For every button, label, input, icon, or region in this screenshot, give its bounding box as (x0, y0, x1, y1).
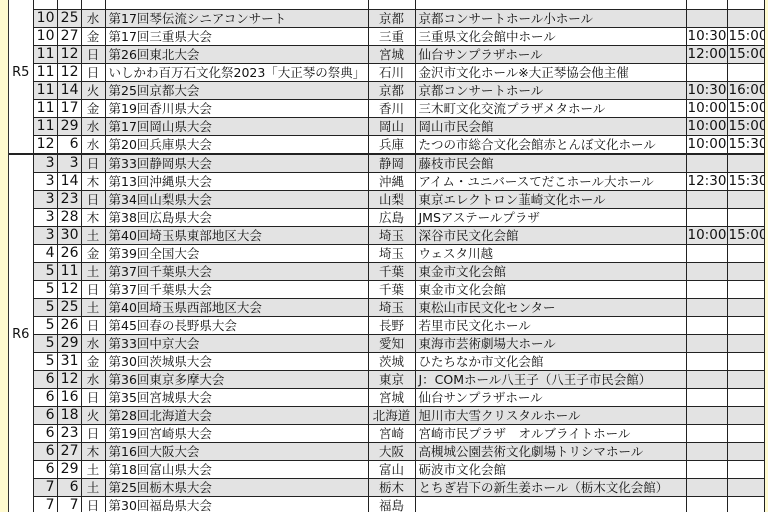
prefecture-cell: 宮城 (368, 389, 415, 407)
prefecture-cell: 石川 (368, 64, 415, 82)
weekday-cell: 日 (81, 497, 105, 512)
prefecture-cell: 北海道 (368, 407, 415, 425)
prefecture-cell: 千葉 (368, 281, 415, 299)
prefecture-cell: 香川 (368, 100, 415, 118)
venue-cell: 京都コンサートホール小ホール (415, 10, 686, 28)
day-cell: 23 (57, 425, 81, 443)
month-cell: 4 (33, 245, 57, 263)
month-cell: 3 (33, 173, 57, 191)
month-cell (33, 0, 57, 10)
weekday-cell: 日 (81, 46, 105, 64)
prefecture-cell: 埼玉 (368, 227, 415, 245)
event-name-cell: 第25回栃木県大会 (105, 479, 368, 497)
end-time-cell (727, 209, 764, 227)
event-name-cell: 第35回宮城県大会 (105, 389, 368, 407)
weekday-cell: 金 (81, 245, 105, 263)
prefecture-cell: 京都 (368, 10, 415, 28)
table-row: 1117金第19回香川県大会香川三木町文化交流プラザメタホール10:0015:0… (9, 100, 764, 118)
event-name-cell: 第17回三重県大会 (105, 28, 368, 46)
weekday-cell: 水 (81, 136, 105, 155)
table-row: 531金第30回茨城県大会茨城ひたちなか市文化会館 (9, 353, 764, 371)
venue-cell: 藤枝市民会館 (415, 154, 686, 173)
month-cell: 3 (33, 209, 57, 227)
day-cell (57, 0, 81, 10)
start-time-cell: 10:00 (686, 136, 727, 155)
day-cell: 28 (57, 209, 81, 227)
prefecture-cell: 広島 (368, 209, 415, 227)
event-name-cell: 第37回千葉県大会 (105, 263, 368, 281)
weekday-cell: 土 (81, 479, 105, 497)
day-cell: 11 (57, 263, 81, 281)
month-cell: 6 (33, 425, 57, 443)
day-cell: 7 (57, 497, 81, 512)
start-time-cell: 10:00 (686, 100, 727, 118)
end-time-cell: 15:30 (727, 136, 764, 155)
event-name-cell: 第40回埼玉県東部地区大会 (105, 227, 368, 245)
end-time-cell (727, 191, 764, 209)
prefecture-cell: 福島 (368, 497, 415, 512)
venue-cell: たつの市総合文化会館赤とんぼ文化ホール (415, 136, 686, 155)
month-cell: 3 (33, 227, 57, 245)
month-cell: 12 (33, 136, 57, 155)
end-time-cell (727, 353, 764, 371)
weekday-cell: 木 (81, 443, 105, 461)
table-row: 76土第25回栃木県大会栃木とちぎ岩下の新生姜ホール（栃木文化会館） (9, 479, 764, 497)
month-cell: 3 (33, 154, 57, 173)
prefecture-cell: 栃木 (368, 479, 415, 497)
month-cell: 6 (33, 389, 57, 407)
weekday-cell: 水 (81, 335, 105, 353)
event-name-cell: 第17回琴伝流シニアコンサート (105, 10, 368, 28)
month-cell: 11 (33, 46, 57, 64)
end-time-cell: 15:00 (727, 118, 764, 136)
prefecture-cell: 宮城 (368, 46, 415, 64)
prefecture-cell (368, 0, 415, 10)
weekday-cell: 火 (81, 82, 105, 100)
weekday-cell: 金 (81, 353, 105, 371)
venue-cell (415, 497, 686, 512)
table-row: 77日第30回福島県大会福島 (9, 497, 764, 512)
month-cell: 6 (33, 407, 57, 425)
weekday-cell: 木 (81, 173, 105, 191)
day-cell: 3 (57, 154, 81, 173)
day-cell: 12 (57, 46, 81, 64)
end-time-cell (727, 299, 764, 317)
start-time-cell (686, 317, 727, 335)
month-cell: 5 (33, 299, 57, 317)
day-cell: 26 (57, 317, 81, 335)
day-cell: 18 (57, 407, 81, 425)
start-time-cell (686, 479, 727, 497)
end-time-cell (727, 245, 764, 263)
start-time-cell: 12:00 (686, 46, 727, 64)
month-cell: 5 (33, 317, 57, 335)
event-name-cell (105, 0, 368, 10)
day-cell: 16 (57, 389, 81, 407)
event-name-cell: 第30回福島県大会 (105, 497, 368, 512)
end-time-cell (727, 10, 764, 28)
event-name-cell: 第16回大阪大会 (105, 443, 368, 461)
start-time-cell: 10:00 (686, 118, 727, 136)
end-time-cell (727, 154, 764, 173)
day-cell: 26 (57, 245, 81, 263)
weekday-cell: 日 (81, 317, 105, 335)
table-row: 1112日第26回東北大会宮城仙台サンプラザホール12:0015:00 (9, 46, 764, 64)
prefecture-cell: 茨城 (368, 353, 415, 371)
weekday-cell: 日 (81, 191, 105, 209)
day-cell: 25 (57, 299, 81, 317)
start-time-cell (686, 461, 727, 479)
weekday-cell: 日 (81, 64, 105, 82)
start-time-cell (686, 263, 727, 281)
day-cell: 12 (57, 64, 81, 82)
end-time-cell (727, 407, 764, 425)
event-name-cell: 第28回北海道大会 (105, 407, 368, 425)
table-row: 1129水第17回岡山県大会岡山岡山市民会館10:0015:00 (9, 118, 764, 136)
month-cell: 6 (33, 461, 57, 479)
start-time-cell: 12:30 (686, 173, 727, 191)
event-name-cell: 第33回静岡県大会 (105, 154, 368, 173)
start-time-cell (686, 281, 727, 299)
day-cell: 6 (57, 479, 81, 497)
end-time-cell: 15:00 (727, 227, 764, 245)
start-time-cell (686, 371, 727, 389)
month-cell: 5 (33, 353, 57, 371)
weekday-cell: 金 (81, 28, 105, 46)
era-label: R5 (9, 0, 33, 154)
start-time-cell (686, 154, 727, 173)
end-time-cell (727, 371, 764, 389)
start-time-cell (686, 443, 727, 461)
event-name-cell: 第33回中京大会 (105, 335, 368, 353)
day-cell: 17 (57, 100, 81, 118)
end-time-cell (727, 479, 764, 497)
start-time-cell (686, 407, 727, 425)
venue-cell: ひたちなか市文化会館 (415, 353, 686, 371)
start-time-cell (686, 64, 727, 82)
weekday-cell: 木 (81, 209, 105, 227)
table-row: R5 (9, 0, 764, 10)
event-name-cell: 第30回茨城県大会 (105, 353, 368, 371)
event-name-cell: 第36回東京多摩大会 (105, 371, 368, 389)
day-cell: 25 (57, 10, 81, 28)
start-time-cell (686, 497, 727, 512)
venue-cell: 三木町文化交流プラザメタホール (415, 100, 686, 118)
venue-cell: 高槻城公園芸術文化劇場トリシマホール (415, 443, 686, 461)
venue-cell: ウェスタ川越 (415, 245, 686, 263)
table-row: 512日第37回千葉県大会千葉東金市文化会館 (9, 281, 764, 299)
venue-cell: 金沢市文化ホール※大正琴協会他主催 (415, 64, 686, 82)
venue-cell: 若里市民文化ホール (415, 317, 686, 335)
table-row: 629土第18回富山県大会富山砺波市文化会館 (9, 461, 764, 479)
table-row: 1114火第25回京都大会京都京都コンサートホール10:3016:00 (9, 82, 764, 100)
end-time-cell (727, 497, 764, 512)
day-cell: 27 (57, 28, 81, 46)
venue-cell: 東金市文化会館 (415, 281, 686, 299)
end-time-cell (727, 263, 764, 281)
start-time-cell (686, 245, 727, 263)
month-cell: 6 (33, 371, 57, 389)
day-cell: 12 (57, 371, 81, 389)
start-time-cell (686, 191, 727, 209)
table-row: 314木第13回沖縄県大会沖縄アイム・ユニバースてだこホール大ホール12:301… (9, 173, 764, 191)
table-row: 426金第39回全国大会埼玉ウェスタ川越 (9, 245, 764, 263)
venue-cell: 深谷市民文化会館 (415, 227, 686, 245)
event-name-cell: 第17回岡山県大会 (105, 118, 368, 136)
end-time-cell (727, 461, 764, 479)
era-label: R6 (9, 154, 33, 512)
end-time-cell: 15:00 (727, 100, 764, 118)
start-time-cell: 10:00 (686, 227, 727, 245)
month-cell: 11 (33, 64, 57, 82)
weekday-cell: 土 (81, 461, 105, 479)
end-time-cell (727, 425, 764, 443)
prefecture-cell: 大阪 (368, 443, 415, 461)
event-name-cell: 第45回春の長野県大会 (105, 317, 368, 335)
prefecture-cell: 京都 (368, 82, 415, 100)
event-name-cell: 第34回山梨県大会 (105, 191, 368, 209)
month-cell: 11 (33, 82, 57, 100)
table-row: 126水第20回兵庫県大会兵庫たつの市総合文化会館赤とんぼ文化ホール10:001… (9, 136, 764, 155)
end-time-cell: 15:30 (727, 173, 764, 191)
venue-cell: 東海市芸術劇場大ホール (415, 335, 686, 353)
table-row: 627木第16回大阪大会大阪高槻城公園芸術文化劇場トリシマホール (9, 443, 764, 461)
day-cell: 14 (57, 173, 81, 191)
event-name-cell: 第40回埼玉県西部地区大会 (105, 299, 368, 317)
venue-cell: 三重県文化会館中ホール (415, 28, 686, 46)
weekday-cell: 水 (81, 371, 105, 389)
day-cell: 29 (57, 118, 81, 136)
month-cell: 11 (33, 118, 57, 136)
start-time-cell (686, 389, 727, 407)
day-cell: 14 (57, 82, 81, 100)
table-row: 323日第34回山梨県大会山梨東京エレクトロン韮崎文化ホール (9, 191, 764, 209)
event-name-cell: 第19回香川県大会 (105, 100, 368, 118)
weekday-cell: 金 (81, 100, 105, 118)
start-time-cell (686, 299, 727, 317)
month-cell: 7 (33, 497, 57, 512)
venue-cell: 東松山市民文化センター (415, 299, 686, 317)
end-time-cell (727, 443, 764, 461)
day-cell: 23 (57, 191, 81, 209)
weekday-cell (81, 0, 105, 10)
venue-cell: 東金市文化会館 (415, 263, 686, 281)
prefecture-cell: 愛知 (368, 335, 415, 353)
month-cell: 3 (33, 191, 57, 209)
day-cell: 30 (57, 227, 81, 245)
event-name-cell: 第13回沖縄県大会 (105, 173, 368, 191)
start-time-cell (686, 10, 727, 28)
table-row: R633日第33回静岡県大会静岡藤枝市民会館 (9, 154, 764, 173)
event-name-cell: 第39回全国大会 (105, 245, 368, 263)
start-time-cell (686, 425, 727, 443)
venue-cell: 仙台サンプラザホール (415, 46, 686, 64)
weekday-cell: 日 (81, 281, 105, 299)
start-time-cell: 10:30 (686, 28, 727, 46)
table-row: 526日第45回春の長野県大会長野若里市民文化ホール (9, 317, 764, 335)
table-row: 623日第19回宮崎県大会宮崎宮崎市民プラザ オルブライトホール (9, 425, 764, 443)
weekday-cell: 水 (81, 118, 105, 136)
event-name-cell: 第18回富山県大会 (105, 461, 368, 479)
venue-cell: 砺波市文化会館 (415, 461, 686, 479)
month-cell: 11 (33, 100, 57, 118)
month-cell: 10 (33, 28, 57, 46)
table-row: 612水第36回東京多摩大会東京J：COMホール八王子（八王子市民会館） (9, 371, 764, 389)
prefecture-cell: 富山 (368, 461, 415, 479)
weekday-cell: 土 (81, 263, 105, 281)
weekday-cell: 土 (81, 227, 105, 245)
weekday-cell: 日 (81, 154, 105, 173)
prefecture-cell: 三重 (368, 28, 415, 46)
event-name-cell: いしかわ百万石文化祭2023「大正琴の祭典」 (105, 64, 368, 82)
month-cell: 10 (33, 10, 57, 28)
event-name-cell: 第20回兵庫県大会 (105, 136, 368, 155)
table-row: 330土第40回埼玉県東部地区大会埼玉深谷市民文化会館10:0015:00 (9, 227, 764, 245)
prefecture-cell: 埼玉 (368, 299, 415, 317)
day-cell: 29 (57, 335, 81, 353)
end-time-cell (727, 335, 764, 353)
venue-cell: とちぎ岩下の新生姜ホール（栃木文化会館） (415, 479, 686, 497)
event-name-cell: 第25回京都大会 (105, 82, 368, 100)
day-cell: 12 (57, 281, 81, 299)
table-row: 1027金第17回三重県大会三重三重県文化会館中ホール10:3015:00 (9, 28, 764, 46)
end-time-cell: 15:00 (727, 46, 764, 64)
venue-cell: 旭川市大雪クリスタルホール (415, 407, 686, 425)
weekday-cell: 日 (81, 389, 105, 407)
day-cell: 29 (57, 461, 81, 479)
event-name-cell: 第38回広島県大会 (105, 209, 368, 227)
prefecture-cell: 宮崎 (368, 425, 415, 443)
prefecture-cell: 沖縄 (368, 173, 415, 191)
start-time-cell: 10:30 (686, 82, 727, 100)
month-cell: 6 (33, 443, 57, 461)
table-row: 328木第38回広島県大会広島JMSアステールプラザ (9, 209, 764, 227)
table-row: 616日第35回宮城県大会宮城仙台サンプラザホール (9, 389, 764, 407)
table-row: 529水第33回中京大会愛知東海市芸術劇場大ホール (9, 335, 764, 353)
month-cell: 7 (33, 479, 57, 497)
venue-cell: 仙台サンプラザホール (415, 389, 686, 407)
venue-cell: アイム・ユニバースてだこホール大ホール (415, 173, 686, 191)
prefecture-cell: 兵庫 (368, 136, 415, 155)
end-time-cell (727, 281, 764, 299)
venue-cell: 京都コンサートホール (415, 82, 686, 100)
event-name-cell: 第19回宮崎県大会 (105, 425, 368, 443)
prefecture-cell: 山梨 (368, 191, 415, 209)
day-cell: 6 (57, 136, 81, 155)
prefecture-cell: 長野 (368, 317, 415, 335)
prefecture-cell: 静岡 (368, 154, 415, 173)
weekday-cell: 水 (81, 10, 105, 28)
start-time-cell (686, 335, 727, 353)
end-time-cell (727, 64, 764, 82)
venue-cell (415, 0, 686, 10)
month-cell: 5 (33, 335, 57, 353)
month-cell: 5 (33, 281, 57, 299)
venue-cell: JMSアステールプラザ (415, 209, 686, 227)
event-schedule-table: R51025水第17回琴伝流シニアコンサート京都京都コンサートホール小ホール10… (9, 0, 765, 512)
end-time-cell (727, 0, 764, 10)
table-row: 1112日いしかわ百万石文化祭2023「大正琴の祭典」石川金沢市文化ホール※大正… (9, 64, 764, 82)
start-time-cell (686, 0, 727, 10)
venue-cell: 東京エレクトロン韮崎文化ホール (415, 191, 686, 209)
table-row: 618火第28回北海道大会北海道旭川市大雪クリスタルホール (9, 407, 764, 425)
prefecture-cell: 岡山 (368, 118, 415, 136)
table-row: 1025水第17回琴伝流シニアコンサート京都京都コンサートホール小ホール (9, 10, 764, 28)
schedule-sheet: R51025水第17回琴伝流シニアコンサート京都京都コンサートホール小ホール10… (8, 0, 764, 512)
table-row: 511土第37回千葉県大会千葉東金市文化会館 (9, 263, 764, 281)
weekday-cell: 土 (81, 299, 105, 317)
weekday-cell: 火 (81, 407, 105, 425)
prefecture-cell: 千葉 (368, 263, 415, 281)
end-time-cell (727, 389, 764, 407)
start-time-cell (686, 353, 727, 371)
venue-cell: 岡山市民会館 (415, 118, 686, 136)
event-name-cell: 第37回千葉県大会 (105, 281, 368, 299)
month-cell: 5 (33, 263, 57, 281)
end-time-cell: 16:00 (727, 82, 764, 100)
prefecture-cell: 埼玉 (368, 245, 415, 263)
day-cell: 31 (57, 353, 81, 371)
table-row: 525土第40回埼玉県西部地区大会埼玉東松山市民文化センター (9, 299, 764, 317)
end-time-cell (727, 317, 764, 335)
end-time-cell: 15:00 (727, 28, 764, 46)
venue-cell: 宮崎市民プラザ オルブライトホール (415, 425, 686, 443)
event-name-cell: 第26回東北大会 (105, 46, 368, 64)
day-cell: 27 (57, 443, 81, 461)
start-time-cell (686, 209, 727, 227)
venue-cell: J：COMホール八王子（八王子市民会館） (415, 371, 686, 389)
weekday-cell: 日 (81, 425, 105, 443)
prefecture-cell: 東京 (368, 371, 415, 389)
